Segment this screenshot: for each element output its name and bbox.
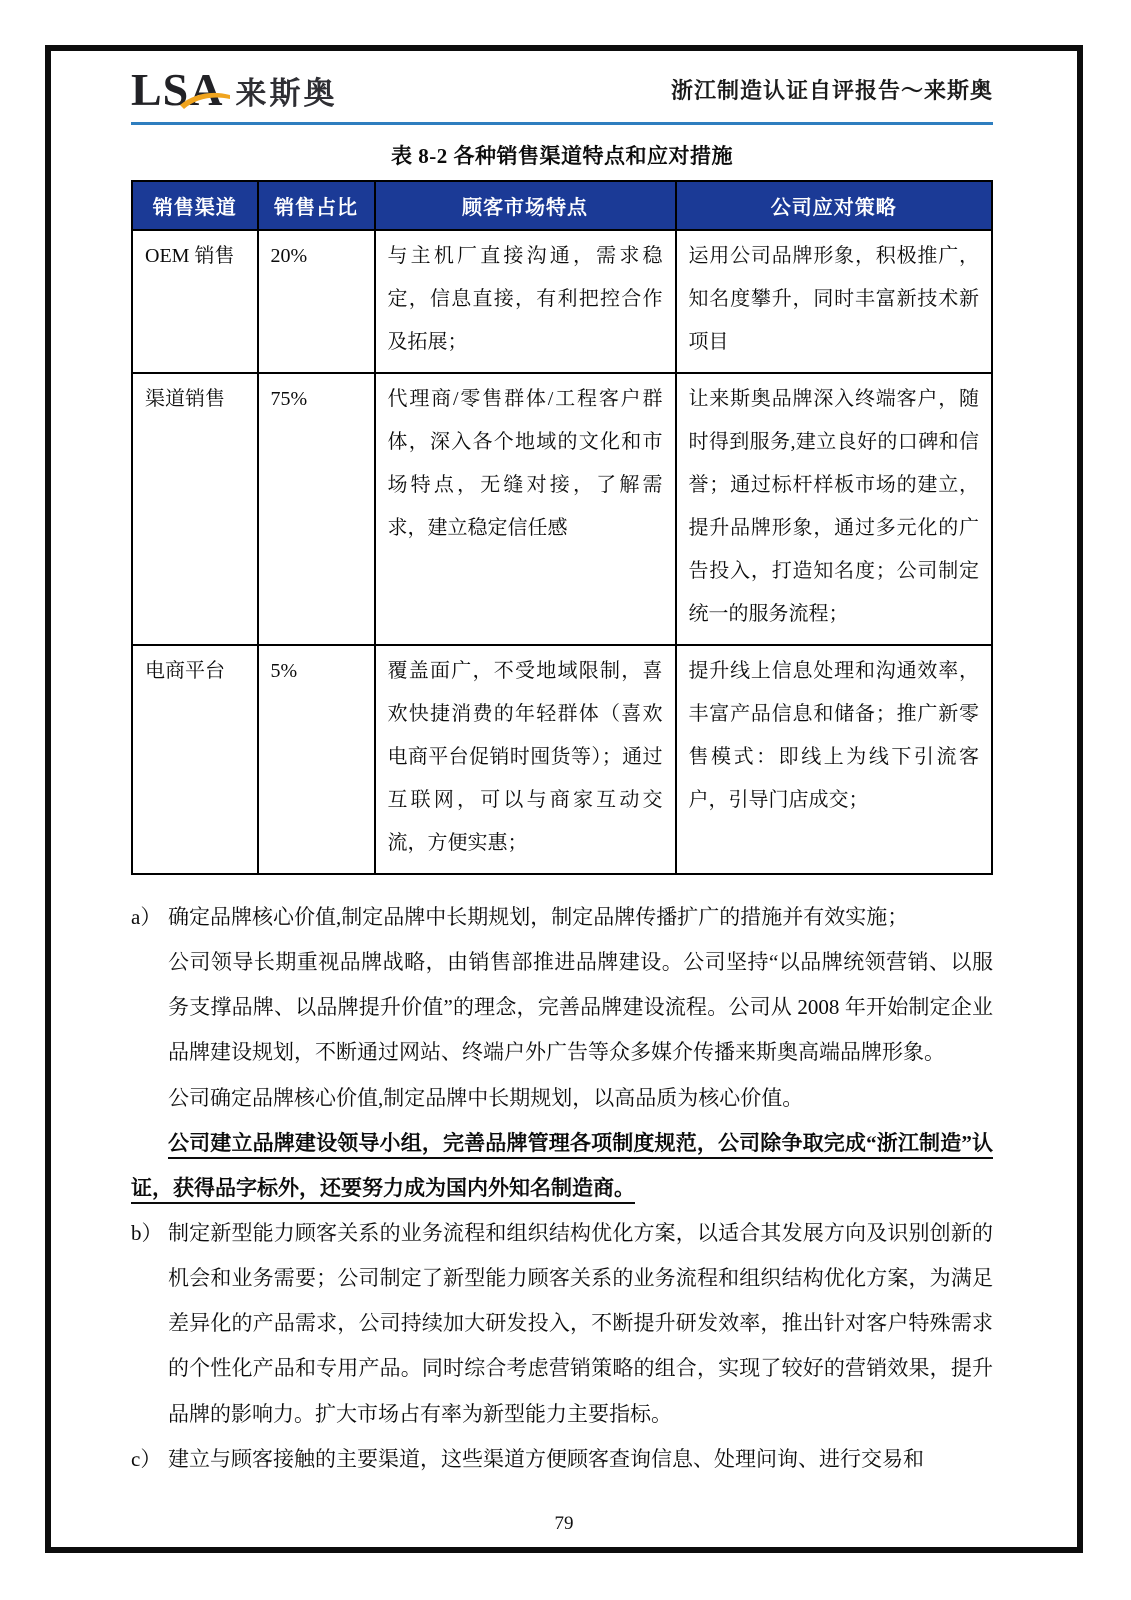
item-b-text: 制定新型能力顾客关系的业务流程和组织结构优化方案，以适合其发展方向及识别创新的机… <box>168 1211 993 1437</box>
item-a-paragraph-3: 公司建立品牌建设领导小组，完善品牌管理各项制度规范，公司除争取完成“浙江制造”认… <box>131 1121 993 1211</box>
share-cell: 5% <box>258 645 375 874</box>
list-marker-c: c） <box>131 1437 161 1482</box>
table-header-row: 销售渠道 销售占比 顾客市场特点 公司应对策略 <box>132 181 992 230</box>
share-cell: 20% <box>258 230 375 373</box>
lsa-logo-text: LSA <box>131 67 223 113</box>
share-cell: 75% <box>258 373 375 645</box>
page-content: LSA 来斯奥 浙江制造认证自评报告～来斯奥 表 8-2 各种销售渠道特点和应对… <box>51 51 1077 1482</box>
item-a-paragraph-1: 公司领导长期重视品牌战略，由销售部推进品牌建设。公司坚持“以品牌统领营销、以服务… <box>168 940 993 1075</box>
market-cell: 覆盖面广，不受地域限制，喜欢快捷消费的年轻群体（喜欢电商平台促销时囤货等）；通过… <box>375 645 676 874</box>
list-item-c: c） 建立与顾客接触的主要渠道，这些渠道方便顾客查询信息、处理问询、进行交易和 <box>131 1437 993 1482</box>
sales-channel-table: 销售渠道 销售占比 顾客市场特点 公司应对策略 OEM 销售 20% 与主机厂直… <box>131 180 993 875</box>
channel-cell: 渠道销售 <box>132 373 258 645</box>
page-frame: LSA 来斯奥 浙江制造认证自评报告～来斯奥 表 8-2 各种销售渠道特点和应对… <box>45 45 1083 1553</box>
bold-underlined-statement: 公司建立品牌建设领导小组，完善品牌管理各项制度规范，公司除争取完成“浙江制造”认… <box>131 1131 993 1200</box>
channel-cell: OEM 销售 <box>132 230 258 373</box>
item-a-paragraph-2: 公司确定品牌核心价值,制定品牌中长期规划，以高品质为核心价值。 <box>168 1076 993 1121</box>
strategy-cell: 提升线上信息处理和沟通效率，丰富产品信息和储备；推广新零售模式：即线上为线下引流… <box>676 645 993 874</box>
company-logo: LSA 来斯奥 <box>131 67 337 113</box>
strategy-cell: 让来斯奥品牌深入终端客户，随时得到服务,建立良好的口碑和信誉；通过标杆样板市场的… <box>676 373 993 645</box>
item-a-lead: 确定品牌核心价值,制定品牌中长期规划，制定品牌传播扩广的措施并有效实施； <box>168 895 993 940</box>
list-marker-b: b） <box>131 1211 163 1256</box>
report-header: LSA 来斯奥 浙江制造认证自评报告～来斯奥 <box>131 61 993 113</box>
column-header-channel: 销售渠道 <box>132 181 258 230</box>
market-cell: 代理商/零售群体/工程客户群体，深入各个地域的文化和市场特点，无缝对接，了解需求… <box>375 373 676 645</box>
list-item-a: a） 确定品牌核心价值,制定品牌中长期规划，制定品牌传播扩广的措施并有效实施； … <box>131 895 993 1211</box>
column-header-share: 销售占比 <box>258 181 375 230</box>
market-cell: 与主机厂直接沟通，需求稳定，信息直接，有利把控合作及拓展； <box>375 230 676 373</box>
table-row-channel: 渠道销售 75% 代理商/零售群体/工程客户群体，深入各个地域的文化和市场特点，… <box>132 373 992 645</box>
column-header-market: 顾客市场特点 <box>375 181 676 230</box>
item-c-text: 建立与顾客接触的主要渠道，这些渠道方便顾客查询信息、处理问询、进行交易和 <box>168 1437 993 1482</box>
list-marker-a: a） <box>131 895 161 940</box>
table-row-ecommerce: 电商平台 5% 覆盖面广，不受地域限制，喜欢快捷消费的年轻群体（喜欢电商平台促销… <box>132 645 992 874</box>
channel-cell: 电商平台 <box>132 645 258 874</box>
header-divider <box>131 122 993 125</box>
table-caption: 表 8-2 各种销售渠道特点和应对措施 <box>131 140 993 170</box>
column-header-strategy: 公司应对策略 <box>676 181 993 230</box>
logo-company-name: 来斯奥 <box>235 77 337 113</box>
report-title: 浙江制造认证自评报告～来斯奥 <box>671 74 993 113</box>
logo-swoosh-icon <box>179 88 231 110</box>
body-text: a） 确定品牌核心价值,制定品牌中长期规划，制定品牌传播扩广的措施并有效实施； … <box>131 895 993 1482</box>
table-row-oem: OEM 销售 20% 与主机厂直接沟通，需求稳定，信息直接，有利把控合作及拓展；… <box>132 230 992 373</box>
list-item-b: b） 制定新型能力顾客关系的业务流程和组织结构优化方案，以适合其发展方向及识别创… <box>131 1211 993 1437</box>
page-number: 79 <box>51 1513 1077 1535</box>
strategy-cell: 运用公司品牌形象，积极推广，知名度攀升，同时丰富新技术新项目 <box>676 230 993 373</box>
